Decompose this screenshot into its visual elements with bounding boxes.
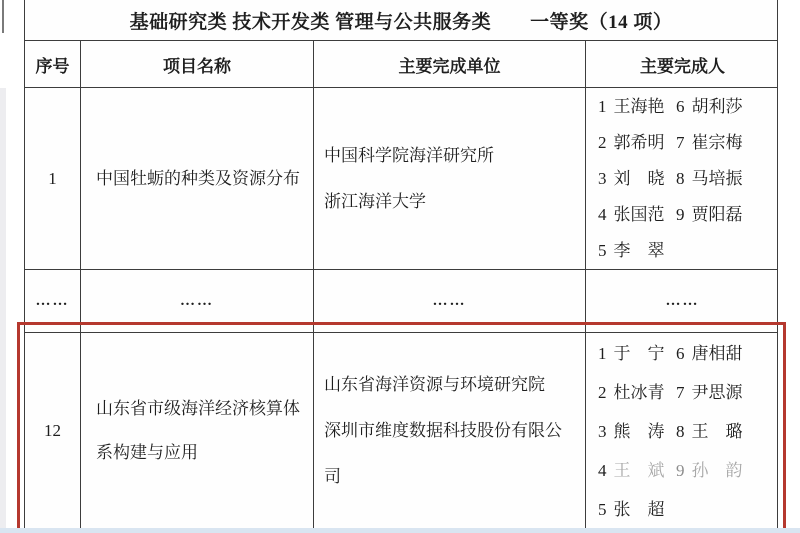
person-number: 7 [676,133,685,152]
person-number: 2 [598,383,607,402]
person-number: 5 [598,241,607,260]
person-item: 2杜冰青 [598,373,676,412]
ellipsis-cell: …… [586,270,779,332]
header-cell-seq: 序号 [25,41,81,87]
ellipsis-cell: …… [25,270,81,332]
table-row-12: 12 山东省市级海洋经济核算体系构建与应用 山东省海洋资源与环境研究院 深圳市维… [25,333,777,529]
person-item: 4王 斌 [598,451,676,490]
table-title: 基础研究类 技术开发类 管理与公共服务类 一等奖（14 项） [25,0,777,41]
person-item: 6唐相甜 [676,334,779,373]
person-name: 贾阳磊 [692,205,743,224]
person-name: 张国范 [614,205,665,224]
table-row-ellipsis: …… …… …… …… [25,270,777,333]
person-number: 8 [676,422,685,441]
person-name: 王海艳 [614,97,665,116]
person-name: 郭希明 [614,133,665,152]
person-name: 尹思源 [692,383,743,402]
row12-units: 山东省海洋资源与环境研究院 深圳市维度数据科技股份有限公司 [314,333,586,529]
person-item: 7尹思源 [676,373,779,412]
person-item: 2郭希明 [598,125,676,161]
row1-unit: 中国科学院海洋研究所 [324,133,573,179]
person-number: 6 [676,97,685,116]
person-name: 唐相甜 [692,344,743,363]
row1-persons: 1王海艳 2郭希明 3刘 晓 4张国范 5李 翠 6胡利莎 7崔宗梅 8马培振 … [586,88,779,269]
person-name: 张 超 [614,500,665,519]
table-row-1: 1 中国牡蛎的种类及资源分布 中国科学院海洋研究所 浙江海洋大学 1王海艳 2郭… [25,88,777,270]
person-name: 李 翠 [614,241,665,260]
person-name: 杜冰青 [614,383,665,402]
person-number: 1 [598,97,607,116]
row1-unit: 浙江海洋大学 [324,179,573,225]
person-item: 8马培振 [676,161,779,197]
person-item: 5张 超 [598,490,676,529]
bottom-edge-strip [0,528,800,533]
person-item: 6胡利莎 [676,89,779,125]
header-cell-persons: 主要完成人 [586,41,779,87]
scan-artifact-top [2,0,4,33]
row1-seq: 1 [25,88,81,269]
person-name: 熊 涛 [614,422,665,441]
person-item: 3刘 晓 [598,161,676,197]
person-number: 7 [676,383,685,402]
person-name: 王 璐 [692,422,743,441]
person-item: 9孙 韵 [676,451,779,490]
person-number: 4 [598,461,607,480]
person-name: 孙 韵 [692,461,743,480]
person-number: 9 [676,461,685,480]
person-number: 2 [598,133,607,152]
person-item: 9贾阳磊 [676,197,779,233]
ellipsis-cell: …… [314,270,586,332]
person-number: 9 [676,205,685,224]
row12-unit: 深圳市维度数据科技股份有限公司 [324,408,573,500]
person-item: 5李 翠 [598,233,676,269]
person-name: 胡利莎 [692,97,743,116]
person-name: 于 宁 [614,344,665,363]
row12-project-name: 山东省市级海洋经济核算体系构建与应用 [81,333,314,529]
person-item: 1王海艳 [598,89,676,125]
person-item: 1于 宁 [598,334,676,373]
header-cell-units: 主要完成单位 [314,41,586,87]
person-number: 3 [598,422,607,441]
person-number: 5 [598,500,607,519]
row12-unit: 山东省海洋资源与环境研究院 [324,362,573,408]
ellipsis-cell: …… [81,270,314,332]
person-item: 7崔宗梅 [676,125,779,161]
person-item: 4张国范 [598,197,676,233]
header-cell-project: 项目名称 [81,41,314,87]
person-name: 王 斌 [614,461,665,480]
person-number: 1 [598,344,607,363]
header-row: 序号 项目名称 主要完成单位 主要完成人 [25,41,777,88]
award-table: 基础研究类 技术开发类 管理与公共服务类 一等奖（14 项） 序号 项目名称 主… [24,0,778,530]
person-number: 4 [598,205,607,224]
person-number: 3 [598,169,607,188]
row1-project-name: 中国牡蛎的种类及资源分布 [81,88,314,269]
person-number: 8 [676,169,685,188]
row12-persons: 1于 宁 2杜冰青 3熊 涛 4王 斌 5张 超 6唐相甜 7尹思源 8王 璐 … [586,333,779,529]
row12-seq: 12 [25,333,81,529]
person-name: 马培振 [692,169,743,188]
person-name: 刘 晓 [614,169,665,188]
person-item: 3熊 涛 [598,412,676,451]
row1-units: 中国科学院海洋研究所 浙江海洋大学 [314,88,586,269]
person-number: 6 [676,344,685,363]
person-name: 崔宗梅 [692,133,743,152]
scan-artifact-left [0,88,6,533]
person-item: 8王 璐 [676,412,779,451]
